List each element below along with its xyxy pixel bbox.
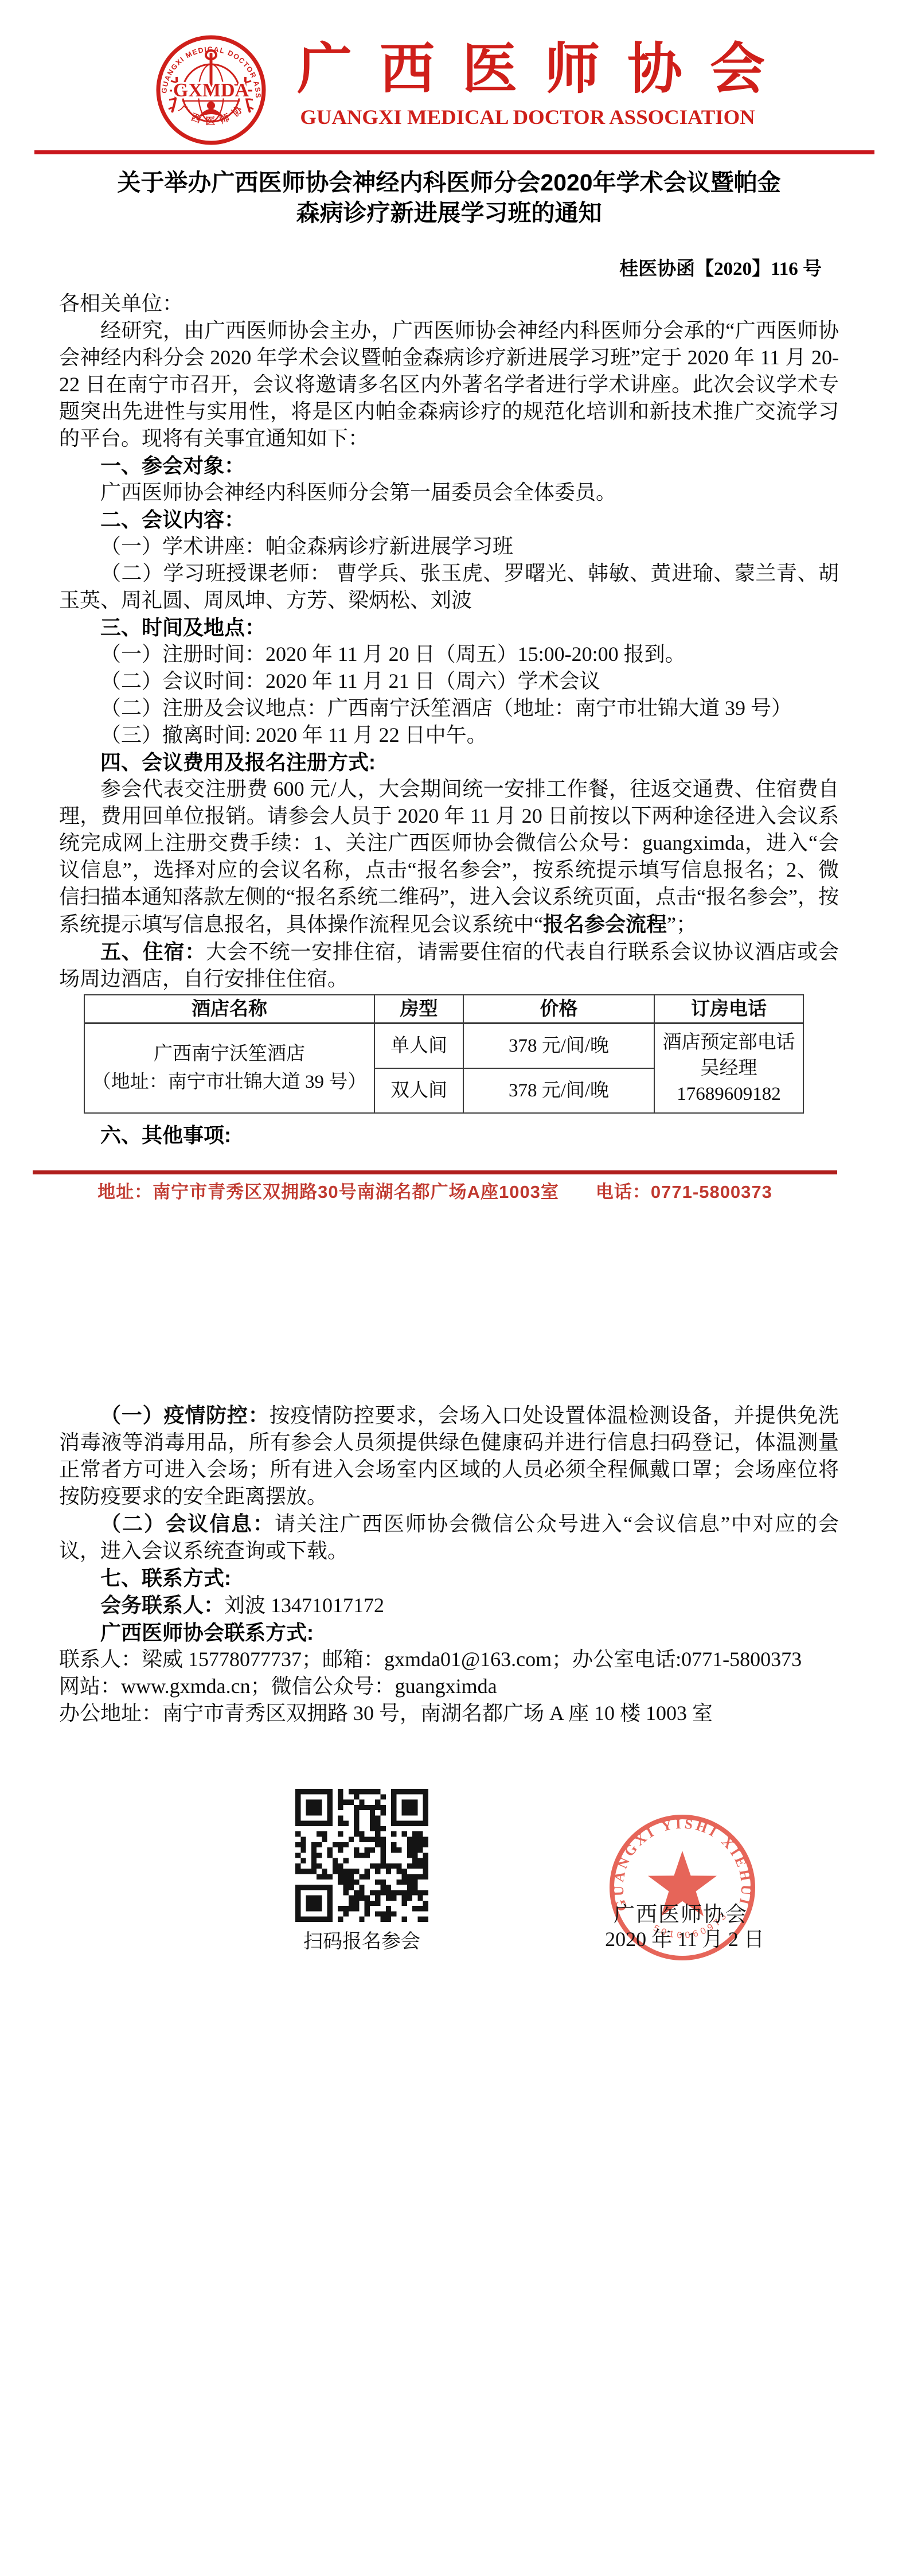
section-4-bold-phrase: 报名参会流程: [543, 912, 667, 936]
booking-phone-line1: 酒店预定部电话: [658, 1030, 799, 1056]
section-1-body: 广西医师协会神经内科医师分会第一届委员会全体委员。: [59, 479, 839, 506]
hotel-name: 广西南宁沃笙酒店: [88, 1040, 370, 1068]
qr-code: [295, 1789, 428, 1922]
section-4-text-end: ”；: [667, 913, 697, 936]
table-row: 广西南宁沃笙酒店 （地址：南宁市壮锦大道 39 号） 单人间 378 元/间/晚…: [84, 1024, 803, 1069]
section-2-heading: 二、会议内容：: [59, 506, 839, 533]
hotel-table-header-row: 酒店名称 房型 价格 订房电话: [84, 995, 803, 1024]
association-logo: GUANGXI MEDICAL DOCTOR ASSOCIATION 广 西 医…: [155, 32, 267, 148]
letterhead-rule: [34, 150, 874, 154]
booking-phone-line3: 17689609182: [658, 1081, 799, 1107]
section-2-item-2: （二）学习班授课老师： 曹学兵、张玉虎、罗曙光、韩敏、黄进瑜、蒙兰青、胡玉英、周…: [59, 560, 839, 614]
booking-phone-line2: 吴经理: [658, 1056, 799, 1081]
section-4-heading: 四、会议费用及报名注册方式:: [59, 749, 839, 776]
section-5-heading: 五、住宿：: [100, 940, 206, 963]
section-4-text: 参会代表交注册费 600 元/人，大会期间统一安排工作餐，往返交通费、住宿费自理…: [59, 777, 839, 936]
room-type-single: 单人间: [374, 1024, 463, 1069]
contact-1-label: 会务联系人：: [100, 1593, 224, 1617]
section-3-item-1: （一）注册时间：2020 年 11 月 20 日（周五）15:00-20:00 …: [59, 641, 839, 668]
org-name-cn: 广西医师协会: [270, 36, 786, 103]
qr-caption: 扫码报名参会: [295, 1925, 428, 1954]
room-type-double: 双人间: [374, 1068, 463, 1113]
title-line-1: 关于举办广西医师协会神经内科医师分会2020年学术会议暨帕金: [59, 168, 839, 198]
price-double: 378 元/间/晚: [463, 1068, 654, 1113]
hotel-name-cell: 广西南宁沃笙酒店 （地址：南宁市壮锦大道 39 号）: [84, 1024, 374, 1114]
contact-line-2: 联系人：梁威 15778077737；邮箱：gxmda01@163.com；办公…: [59, 1646, 839, 1673]
signature-date: 2020 年 11 月 2 日: [593, 1923, 776, 1952]
section-6-heading: 六、其他事项:: [59, 1122, 839, 1149]
section-1-heading: 一、参会对象：: [59, 452, 839, 479]
section-3-item-4: （三）撤离时间: 2020 年 11 月 22 日中午。: [59, 722, 839, 749]
document-title: 关于举办广西医师协会神经内科医师分会2020年学术会议暨帕金 森病诊疗新进展学习…: [59, 168, 839, 228]
section-3-heading: 三、时间及地点：: [59, 614, 839, 641]
epidemic-control-label: （一）疫情防控：: [100, 1403, 270, 1427]
col-hotel-name: 酒店名称: [84, 995, 374, 1024]
col-room-type: 房型: [374, 995, 463, 1024]
footer-rule: [33, 1170, 837, 1174]
section-3-item-2: （二）会议时间：2020 年 11 月 21 日（周六）学术会议: [59, 668, 839, 695]
salutation: 各相关单位：: [59, 290, 839, 317]
section-2-item-1: （一）学术讲座：帕金森病诊疗新进展学习班: [59, 533, 839, 560]
col-booking-phone: 订房电话: [654, 995, 803, 1024]
epidemic-control-item: （一）疫情防控：按疫情防控要求，会场入口处设置体温检测设备，并提供免洗消毒液等消…: [59, 1402, 839, 1510]
contact-line-4: 办公地址：南宁市青秀区双拥路 30 号，南湖名都广场 A 座 10 楼 1003…: [59, 1700, 839, 1727]
notice-document: { "colors": { "brand_red": "#cf1f1a", "r…: [0, 0, 910, 2576]
logo-monogram: GXMDA: [173, 80, 249, 101]
section-7-heading: 七、联系方式:: [59, 1565, 839, 1591]
section-3-item-3: （二）注册及会议地点：广西南宁沃笙酒店（地址：南宁市壮锦大道 39 号）: [59, 695, 839, 722]
booking-phone-cell: 酒店预定部电话 吴经理 17689609182: [654, 1024, 803, 1114]
document-body-page1: 各相关单位： 经研究，由广西医师协会主办，广西医师协会神经内科医师分会承的“广西…: [59, 290, 839, 1149]
association-contact-heading: 广西医师协会联系方式:: [59, 1619, 839, 1646]
org-name-en: GUANGXI MEDICAL DOCTOR ASSOCIATION: [264, 104, 791, 130]
hotel-address: （地址：南宁市壮锦大道 39 号）: [88, 1068, 370, 1096]
footer-address: 地址：南宁市青秀区双拥路30号南湖名都广场A座1003室 电话：0771-580…: [33, 1181, 837, 1204]
reference-number: 桂医协函【2020】116 号: [59, 254, 822, 281]
hotel-table: 酒店名称 房型 价格 订房电话 广西南宁沃笙酒店 （地址：南宁市壮锦大道 39 …: [84, 994, 804, 1114]
intro-paragraph: 经研究，由广西医师协会主办，广西医师协会神经内科医师分会承的“广西医师协会神经内…: [59, 317, 839, 452]
document-body-page2: （一）疫情防控：按疫情防控要求，会场入口处设置体温检测设备，并提供免洗消毒液等消…: [59, 1402, 839, 1727]
meeting-info-label: （二）会议信息：: [100, 1512, 275, 1535]
section-5: 五、住宿：大会不统一安排住宿，请需要住宿的代表自行联系会议协议酒店或会场周边酒店…: [59, 938, 839, 993]
price-single: 378 元/间/晚: [463, 1024, 654, 1069]
section-4-body: 参会代表交注册费 600 元/人，大会期间统一安排工作餐，往返交通费、住宿费自理…: [59, 776, 839, 938]
contact-1-value: 刘波 13471017172: [224, 1594, 384, 1617]
contact-line-3: 网站：www.gxmda.cn；微信公众号：guangximda: [59, 1673, 839, 1700]
letterhead-titles: 广西医师协会 GUANGXI MEDICAL DOCTOR ASSOCIATIO…: [270, 36, 786, 130]
col-price: 价格: [463, 995, 654, 1024]
meeting-info-item: （二）会议信息：请关注广西医师协会微信公众号进入“会议信息”中对应的会议，进入会…: [59, 1510, 839, 1565]
title-line-2: 森病诊疗新进展学习班的通知: [59, 198, 839, 228]
contact-line-1: 会务联系人：刘波 13471017172: [59, 1591, 839, 1619]
